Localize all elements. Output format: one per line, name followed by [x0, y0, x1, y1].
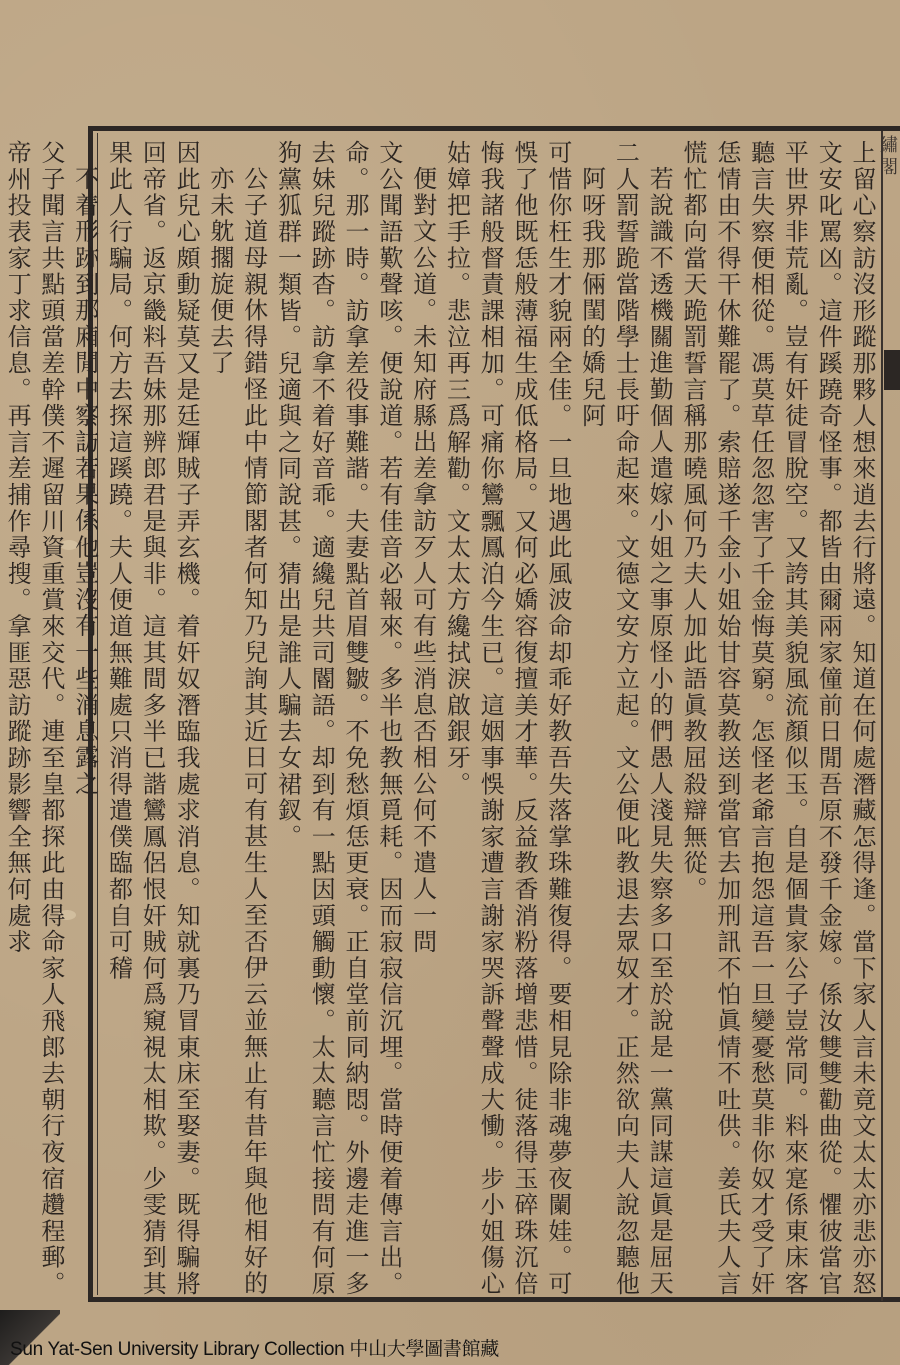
banxin-fold-line [881, 131, 883, 1301]
text-column: 果此人行騙局。何方去探這蹊蹺。夫人便道無難處只消得遣僕臨都自可稽 [101, 140, 135, 1295]
text-column: 慌忙都向當天跪罰誓言稱那曉風何乃夫人加此語眞教屈殺辯無從。 [675, 140, 709, 1295]
text-column: 上留心察訪沒形蹤那夥人想來逍去行將遠。知道在何處潛藏怎得逢。當下家人言未竟文太太… [844, 140, 878, 1295]
text-column: 平世界非荒亂。豈有奸徒冒脫空。又誇其美貌風流顏似玉。自是個貴家公子豈常同。料來寔… [777, 140, 811, 1295]
library-collection-caption: Sun Yat-Sen University Library Collectio… [10, 1334, 499, 1361]
text-column: 因此兒心頗動疑莫又是廷輝賊子弄玄機。着奸奴潛臨我處求消息。知就裏乃冒東床至娶妻。… [168, 140, 202, 1295]
text-column: 阿呀我那倆閨的嬌兒阿 [574, 140, 608, 1295]
text-column: 二人罰誓跪當階學士長吁命起來。文德文安方立起。文公便叱教退去眾奴才。正然欲向夫人… [608, 140, 642, 1295]
text-column: 回帝省。返京畿料吾妹那辨郎君是與非。這其間多半已諧鸞鳳侶恨奸賊何爲窺視太相欺。少… [134, 140, 168, 1295]
text-column: 悞了他既恁般薄福生成低格局。又何必嬌容復擅美才華。反益教香消粉落增悲惜。徒落得玉… [506, 140, 540, 1295]
text-column: 命。那一時。訪拿差役事難諧。夫妻點首眉雙皺。不免愁煩恁更衰。正自堂前同納悶。外邊… [337, 140, 371, 1295]
text-columns: 上留心察訪沒形蹤那夥人想來逍去行將遠。知道在何處潛藏怎得逢。當下家人言未竟文太太… [100, 140, 878, 1295]
banxin-fishtail-block [884, 350, 900, 390]
text-column: 公子道母親休得錯怪此中情節閣者何知乃兒詢其近日可有甚生人至否伊云並無止有昔年與他… [236, 140, 270, 1295]
text-column: 去妹兒蹤跡杳。訪拿不着好音乖。適纔兒共司閽語。却到有一點因頭觸動懷。太太聽言忙接… [303, 140, 337, 1295]
text-column: 文安叱罵凶。這件蹊蹺奇怪事。都皆由爾兩家僮前日閒吾原不發千金嫁。係汝雙雙勸曲從。… [810, 140, 844, 1295]
text-column: 若說識不透機關進勤個人遣嫁小姐之事原怪小的們愚人淺見失察多口至於說是一黨同謀這眞… [641, 140, 675, 1295]
text-column: 可惜你枉生才貌兩全佳。一旦地遇此風波命却乖好教吾失落掌珠難復得。要相見除非魂夢夜… [540, 140, 574, 1295]
text-column: 恁情由不得干休難罷了。索賠遂千金小姐始甘容莫教送到當官去加刑訊不怕眞情不吐供。姜… [709, 140, 743, 1295]
text-column: 不着形跡到那廂閒中察訪若果係他豈沒有一些消息露之 [67, 140, 101, 1295]
text-column: 帝州投表家丁求信息。再言差捕作尋搜。拿匪惡訪蹤跡影響全無何處求 [0, 140, 33, 1295]
text-column: 狗黨狐群一類皆。兒適與之同說甚。猜出是誰人騙去女裙釵。 [270, 140, 304, 1295]
text-column: 姑嫜把手拉。悲泣再三爲解勸。文太太方纔拭淚啟銀牙。 [439, 140, 473, 1295]
banxin-title: 繡閣 [884, 135, 900, 179]
text-column: 聽言失察便相從。馮莫草任忽忽害了千金悔莫窮。怎怪老爺言抱怨這吾一旦變憂愁莫非你奴… [743, 140, 777, 1295]
text-column: 文公聞語歎聲咳。便說道。若有佳音必報來。多半也教無覓耗。因而寂寂信沉埋。當時便着… [371, 140, 405, 1295]
text-column: 父子聞言共點頭當差幹僕不遲留川資重賞來交代。連至皇都探此由得命家人飛郎去朝行夜宿… [33, 140, 67, 1295]
text-column: 悔我諸般督責課相加。可痛你鸞飄鳳泊今生已。這姻事悞謝家遭言謝家哭訴聲聲成大慟。步… [472, 140, 506, 1295]
text-column: 亦未躭擱旋便去了 [202, 140, 236, 1295]
text-column: 便對文公道。未知府縣出差拿訪歹人可有些消息否相公何不遣人一問 [405, 140, 439, 1295]
